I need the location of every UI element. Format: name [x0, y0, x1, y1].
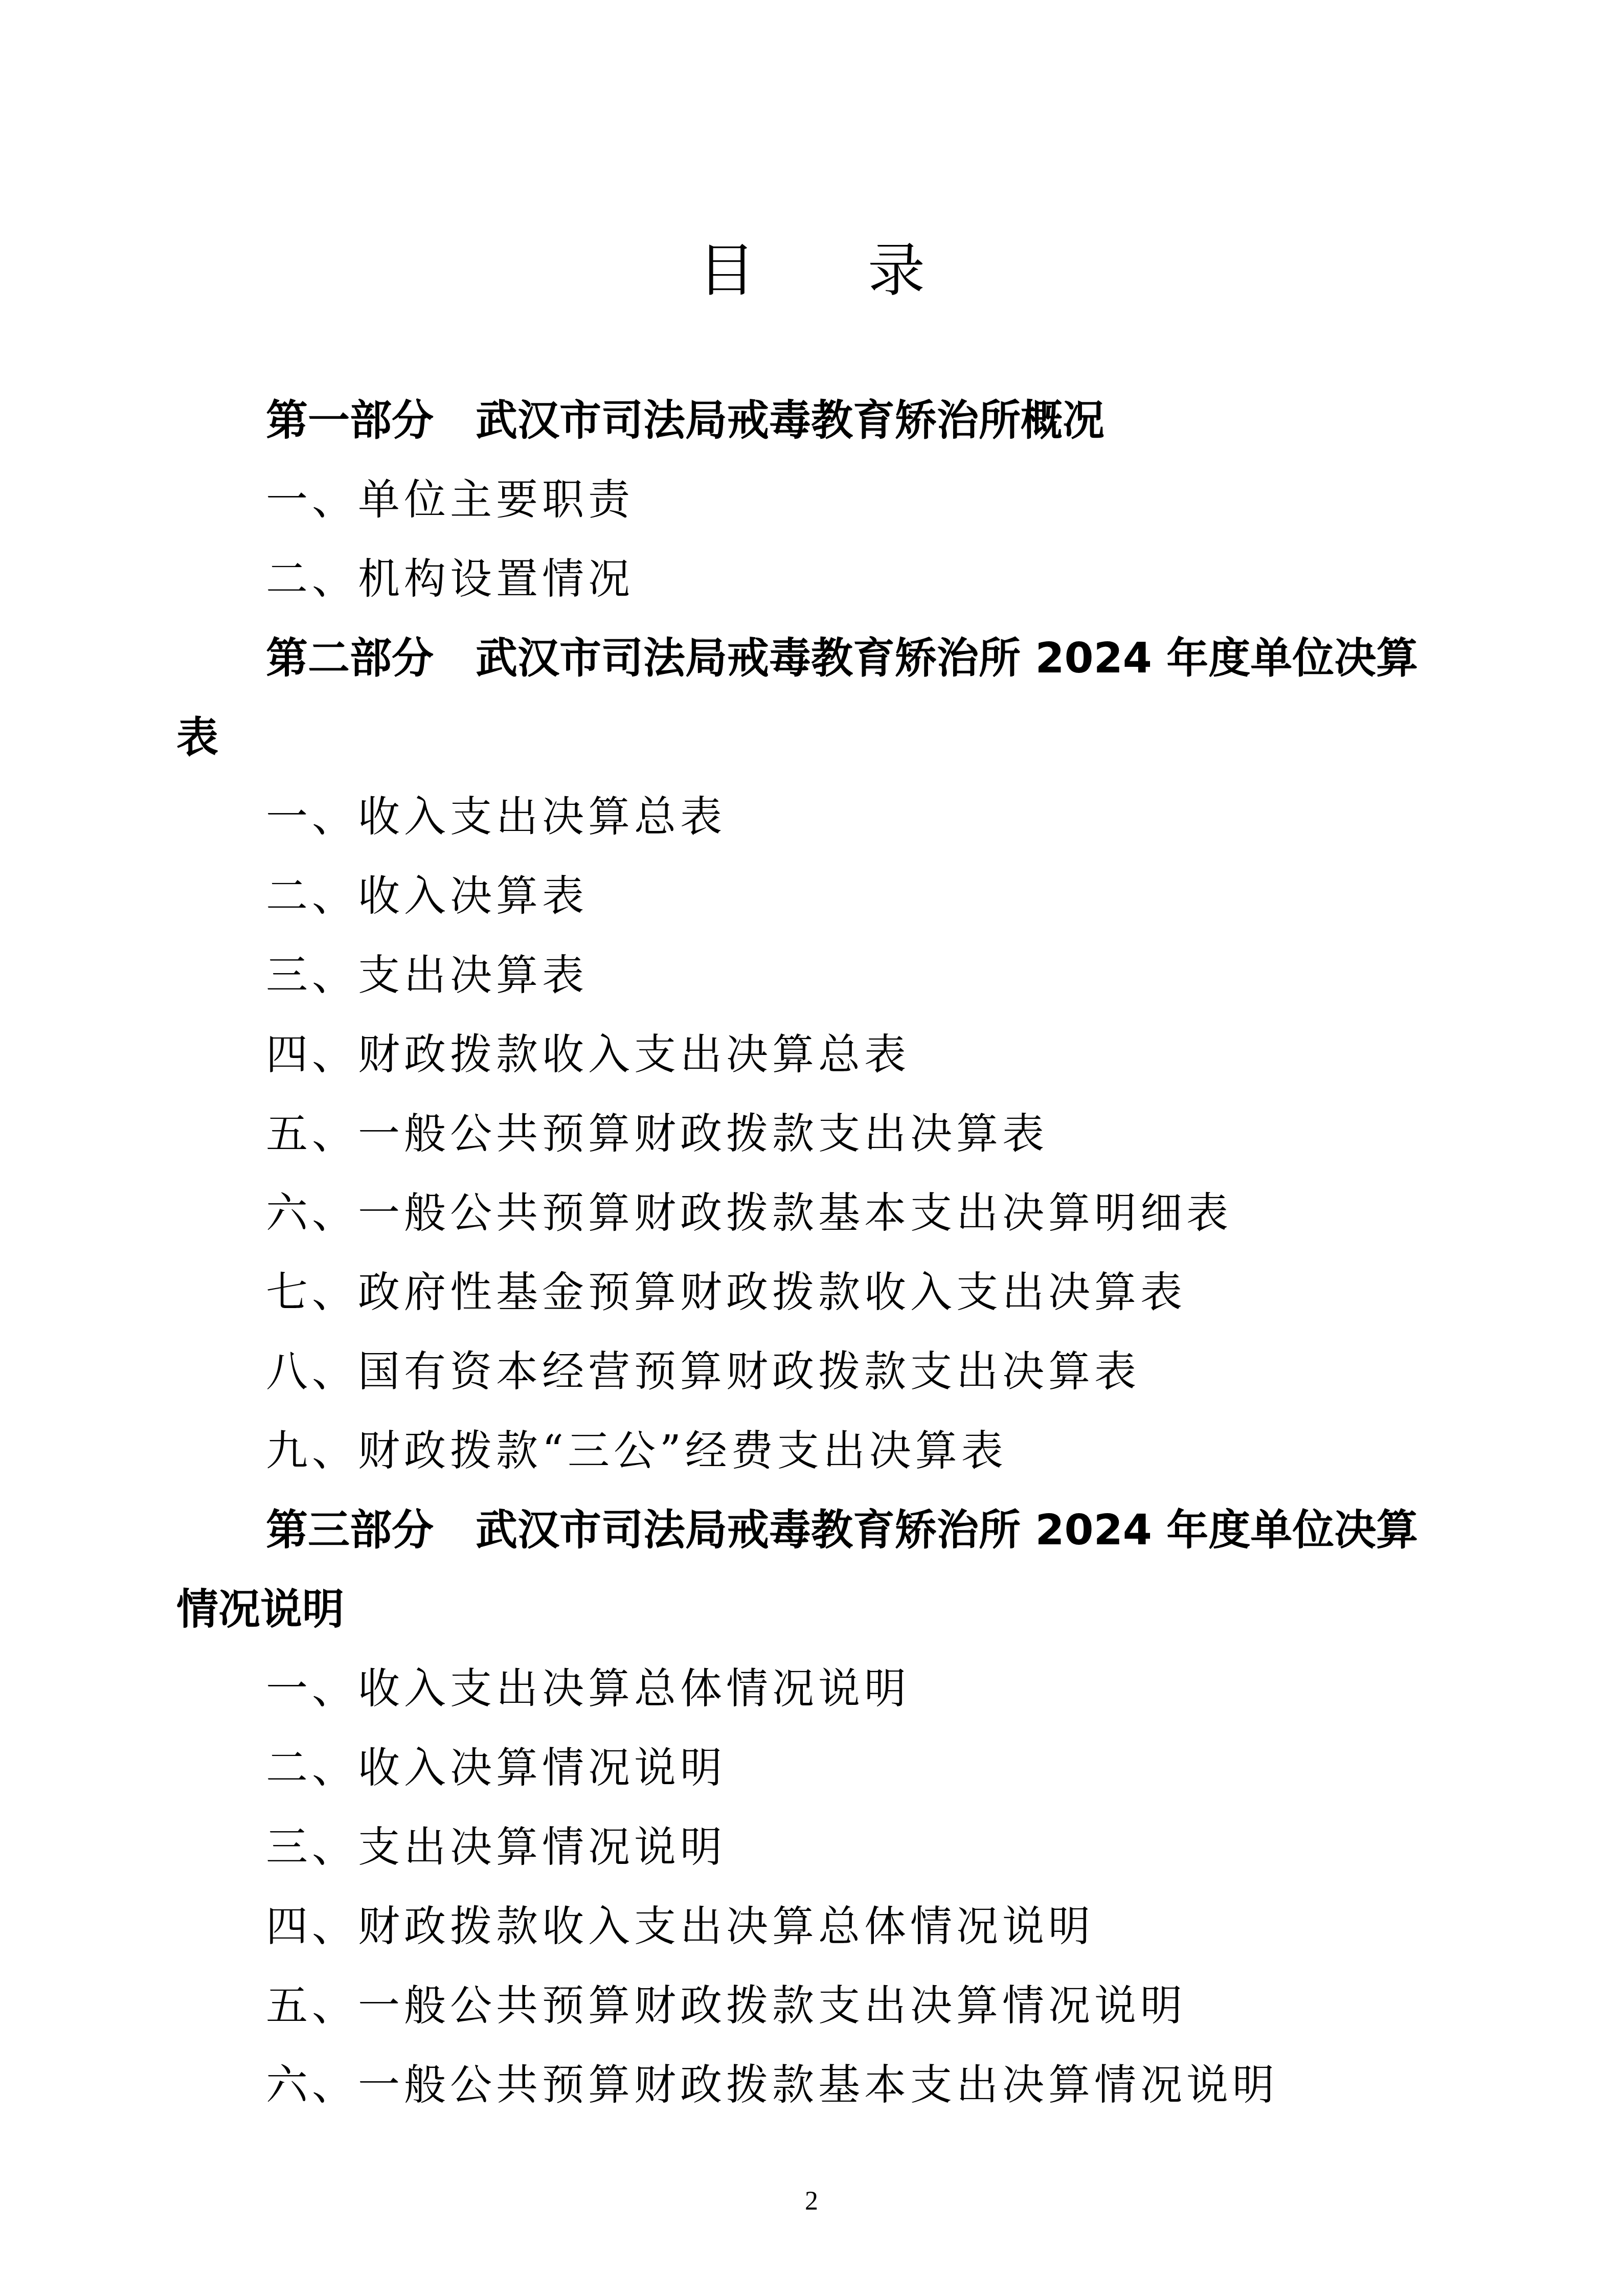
toc-item[interactable]: 九、财政拨款“三公”经费支出决算表 — [176, 1411, 1450, 1491]
toc-part-title: 武汉市司法局戒毒教育矫治所概况 — [476, 396, 1104, 445]
toc-item[interactable]: 一、收入支出决算总表 — [176, 777, 1450, 857]
toc-part-1-heading[interactable]: 第一部分武汉市司法局戒毒教育矫治所概况 — [176, 381, 1450, 460]
page-title: 目录 — [0, 233, 1623, 309]
toc-item[interactable]: 二、收入决算表 — [176, 857, 1450, 936]
table-of-contents: 第一部分武汉市司法局戒毒教育矫治所概况 一、单位主要职责 二、机构设置情况 第二… — [176, 381, 1450, 2125]
document-page: 目录 第一部分武汉市司法局戒毒教育矫治所概况 一、单位主要职责 二、机构设置情况… — [0, 0, 1623, 2296]
toc-item[interactable]: 七、政府性基金预算财政拨款收入支出决算表 — [176, 1253, 1450, 1332]
toc-item[interactable]: 三、支出决算表 — [176, 936, 1450, 1015]
toc-part-2-heading[interactable]: 第二部分武汉市司法局戒毒教育矫治所 2024 年度单位决算 — [176, 619, 1450, 698]
toc-item[interactable]: 四、财政拨款收入支出决算总体情况说明 — [176, 1887, 1450, 1966]
toc-item[interactable]: 一、收入支出决算总体情况说明 — [176, 1649, 1450, 1728]
toc-item[interactable]: 二、收入决算情况说明 — [176, 1728, 1450, 1808]
toc-part-label: 第三部分 — [266, 1506, 434, 1555]
toc-item[interactable]: 六、一般公共预算财政拨款基本支出决算情况说明 — [176, 2045, 1450, 2125]
toc-item[interactable]: 二、机构设置情况 — [176, 539, 1450, 619]
page-number: 2 — [0, 2184, 1623, 2219]
toc-part-title: 武汉市司法局戒毒教育矫治所 2024 年度单位决算 — [476, 634, 1418, 683]
toc-item[interactable]: 三、支出决算情况说明 — [176, 1808, 1450, 1887]
toc-part-title: 武汉市司法局戒毒教育矫治所 2024 年度单位决算 — [476, 1506, 1418, 1555]
toc-part-label: 第一部分 — [266, 396, 434, 445]
toc-item[interactable]: 五、一般公共预算财政拨款支出决算表 — [176, 1094, 1450, 1174]
toc-part-3-heading-continued[interactable]: 情况说明 — [176, 1570, 1450, 1649]
toc-part-3-heading[interactable]: 第三部分武汉市司法局戒毒教育矫治所 2024 年度单位决算 — [176, 1491, 1450, 1570]
toc-item[interactable]: 一、单位主要职责 — [176, 460, 1450, 539]
toc-item[interactable]: 四、财政拨款收入支出决算总表 — [176, 1015, 1450, 1094]
title-char-2: 录 — [868, 238, 925, 304]
toc-part-2-heading-continued[interactable]: 表 — [176, 698, 1450, 777]
toc-item[interactable]: 八、国有资本经营预算财政拨款支出决算表 — [176, 1332, 1450, 1411]
title-char-1: 目 — [698, 238, 755, 304]
toc-part-label: 第二部分 — [266, 634, 434, 683]
toc-item[interactable]: 五、一般公共预算财政拨款支出决算情况说明 — [176, 1966, 1450, 2045]
toc-item[interactable]: 六、一般公共预算财政拨款基本支出决算明细表 — [176, 1174, 1450, 1253]
